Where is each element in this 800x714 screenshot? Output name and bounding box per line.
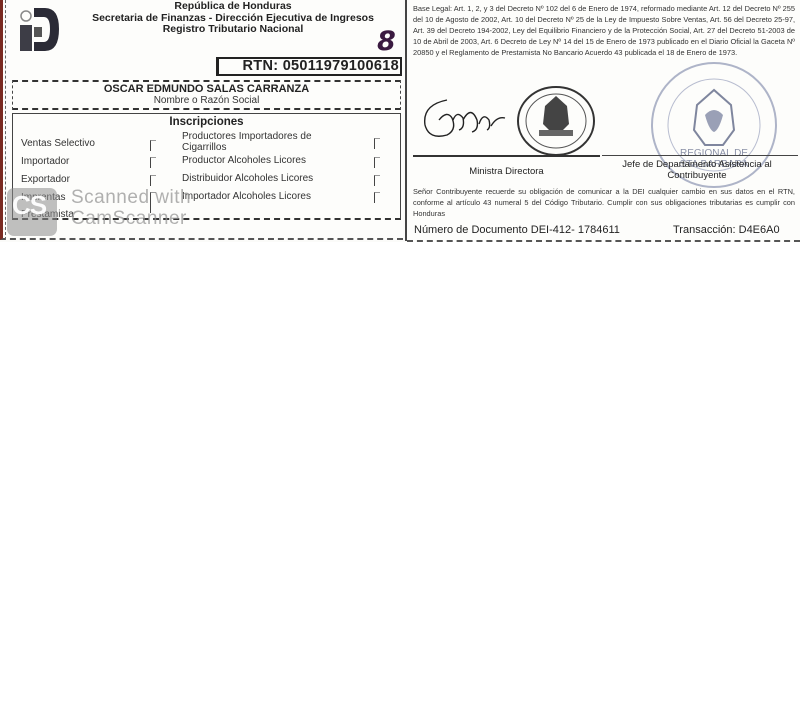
inscripcion-distribuidor-alcoholes: Distribuidor Alcoholes Licores [182, 173, 313, 184]
ministry-seal-icon [515, 84, 597, 158]
inscripcion-productor-alcoholes: Productor Alcoholes Licores [182, 155, 306, 166]
signature-icon [417, 90, 517, 150]
inscripcion-ventas-selectivo: Ventas Selectivo [21, 138, 95, 149]
inscripcion-productores-cigarrillos: Productores Importadores de Cigarrillos [182, 131, 332, 153]
signatory-title-left: Ministra Directora [413, 167, 600, 177]
checkbox-importador-alcoholes [374, 192, 380, 203]
checkbox-productor-alcoholes [374, 157, 380, 168]
taxpayer-name-box: OSCAR EDMUNDO SALAS CARRANZA Nombre o Ra… [12, 80, 401, 110]
header-country: República de Honduras [63, 1, 403, 13]
rtn-card-back: Base Legal: Art. 1, 2, y 3 del Decreto N… [407, 0, 800, 242]
svg-text:REGIONAL DE: REGIONAL DE [680, 148, 748, 159]
legal-basis-text: Base Legal: Art. 1, 2, y 3 del Decreto N… [413, 4, 795, 59]
signatory-title-right: Jefe de Departamento Asistencia al Contr… [602, 159, 792, 181]
taxpayer-notice: Señor Contribuyente recuerde su obligaci… [413, 186, 795, 219]
rtn-card-front: República de Honduras Secretaria de Fina… [0, 0, 403, 240]
checkbox-exportador [150, 175, 156, 186]
checkbox-productores-cigarrillos [374, 138, 380, 149]
inscripcion-importador-alcoholes: Importador Alcoholes Licores [182, 191, 311, 202]
transaction-code: Transacción: D4E6A0 [673, 224, 780, 236]
signature-line-right [602, 155, 798, 156]
checkbox-distribuidor-alcoholes [374, 175, 380, 186]
taxpayer-name: OSCAR EDMUNDO SALAS CARRANZA [13, 83, 400, 95]
header-registry: Registro Tributario Nacional [63, 24, 403, 36]
checkbox-importador [150, 157, 156, 168]
inscripcion-imprentas: Imprentas [21, 192, 65, 203]
inscripcion-prestamista: Prestamista [21, 209, 74, 220]
document-header: República de Honduras Secretaria de Fina… [63, 1, 403, 36]
inscripciones-box: Inscripciones Ventas Selectivo Importado… [12, 113, 401, 220]
inscripciones-title: Inscripciones [13, 116, 400, 128]
document-number: Número de Documento DEI-412- 1784611 [414, 224, 620, 236]
scanned-rtn-card: República de Honduras Secretaria de Fina… [0, 0, 800, 242]
signature-line-left [413, 155, 600, 157]
taxpayer-name-label: Nombre o Razón Social [13, 95, 400, 107]
checkbox-ventas-selectivo [150, 140, 156, 151]
handwritten-copy-number: 8 [377, 26, 396, 57]
dei-logo-icon [17, 5, 61, 53]
rtn-number: RTN: 05011979100618 [216, 57, 402, 76]
checkbox-imprentas [150, 192, 156, 213]
inscripcion-exportador: Exportador [21, 174, 70, 185]
inscripcion-importador: Importador [21, 156, 69, 167]
